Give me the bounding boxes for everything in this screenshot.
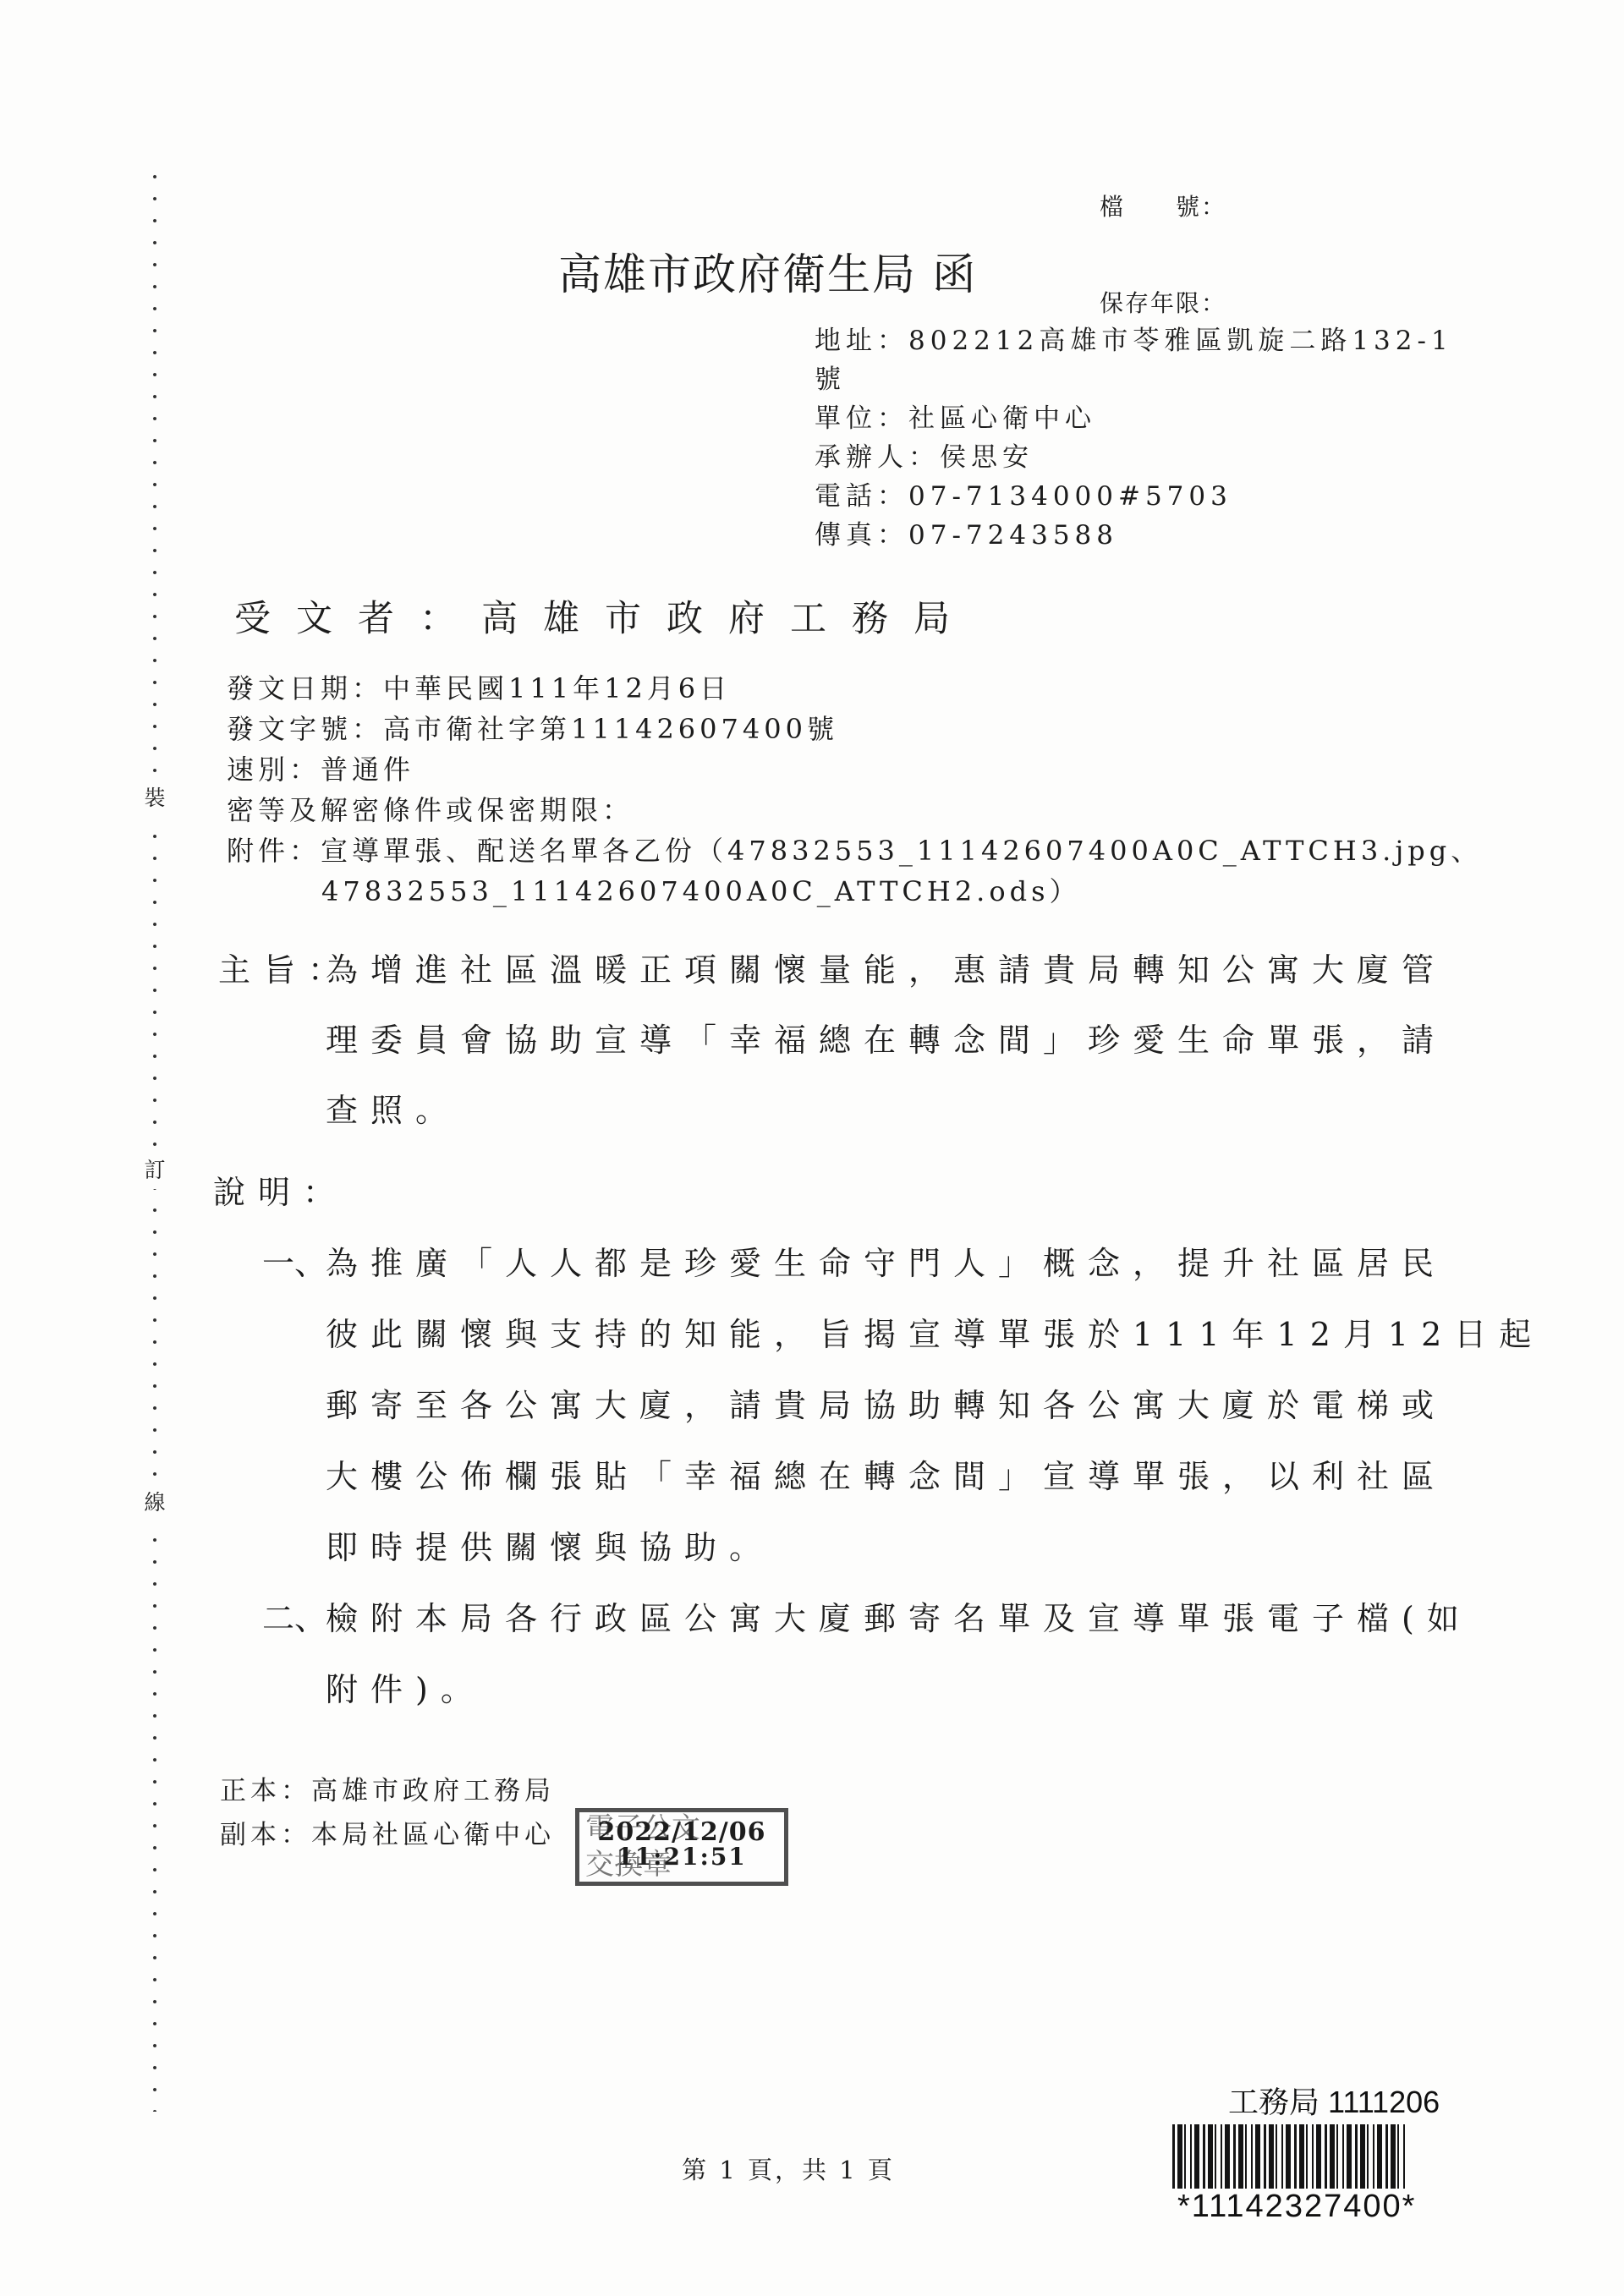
page-number: 第 1 頁，共 1 頁	[592, 2151, 985, 2186]
item-number: 二、	[262, 1583, 326, 1654]
barcode-agency-label: 工務局 1111206	[1228, 2079, 1440, 2122]
file-no-label: 檔 號：	[1100, 191, 1226, 223]
carbon-copy-line: 副本：本局社區心衛中心	[220, 1813, 555, 1857]
sender-address-line1: 地址：802212高雄市苓雅區凱旋二路132-1	[815, 321, 1453, 360]
subject-label: 主旨：	[218, 935, 353, 1006]
item-number: 一、	[262, 1228, 326, 1299]
explanation-line: 大樓公佈欄張貼「幸福總在轉念間」宣導單張，以利社區	[326, 1441, 1544, 1512]
retention-label: 保存年限：	[1100, 288, 1226, 320]
sender-contact-person: 承辦人：侯思安	[815, 438, 1453, 477]
subject-content: 為增進社區溫暖正項關懷量能，惠請貴局轉知公寓大廈管 理委員會協助宣導「幸福總在轉…	[326, 935, 1446, 1146]
barcode-value: *11142327400*	[1177, 2189, 1416, 2225]
sender-address-line2: 號	[815, 360, 1453, 399]
binding-mark-zhuang: 裝	[140, 780, 169, 817]
original-copy-line: 正本：高雄市政府工務局	[220, 1769, 555, 1813]
document-meta-block: 發文日期：中華民國111年12月6日 發文字號：高市衛社字第1114260740…	[227, 668, 1482, 912]
explanation-label: 說明：	[213, 1157, 1544, 1228]
item-content: 為推廣「人人都是珍愛生命守門人」概念，提升社區居民 彼此關懷與支持的知能，旨揭宣…	[326, 1228, 1544, 1583]
explanation-line: 即時提供關懷與協助。	[326, 1512, 1544, 1583]
explanation-line: 檢附本局各行政區公寓大廈郵寄名單及宣導單張電子檔(如	[326, 1583, 1544, 1654]
binding-dotted-line	[152, 173, 157, 2112]
item-content: 檢附本局各行政區公寓大廈郵寄名單及宣導單張電子檔(如 附件)。	[326, 1583, 1544, 1725]
explanation-line: 為推廣「人人都是珍愛生命守門人」概念，提升社區居民	[326, 1228, 1544, 1299]
subject-section: 主旨： 為增進社區溫暖正項關懷量能，惠請貴局轉知公寓大廈管 理委員會協助宣導「幸…	[218, 935, 1446, 1146]
issue-date: 發文日期：中華民國111年12月6日	[227, 668, 1482, 709]
scanned-official-letter: 裝 訂 線 檔 號： 保存年限： 高雄市政府衛生局 函 地址：802212高雄市…	[0, 0, 1624, 2296]
explanation-section: 說明： 一、 為推廣「人人都是珍愛生命守門人」概念，提升社區居民 彼此關懷與支持…	[213, 1157, 1544, 1725]
explanation-line: 附件)。	[326, 1654, 1544, 1725]
attachment-line2: 47832553_11142607400A0C_ATTCH2.ods）	[227, 871, 1482, 912]
copies-block: 正本：高雄市政府工務局 副本：本局社區心衛中心	[220, 1769, 555, 1857]
stamp-time: 11:21:51	[617, 1843, 747, 1871]
sender-unit: 單位：社區心衛中心	[815, 399, 1453, 438]
explanation-item-2: 二、 檢附本局各行政區公寓大廈郵寄名單及宣導單張電子檔(如 附件)。	[262, 1583, 1544, 1725]
subject-line: 理委員會協助宣導「幸福總在轉念間」珍愛生命單張，請	[326, 1006, 1446, 1076]
recipient-line: 受文者：高雄市政府工務局	[234, 590, 975, 642]
issue-number: 發文字號：高市衛社字第11142607400號	[227, 709, 1482, 749]
barcode-image	[1172, 2124, 1407, 2189]
subject-line: 為增進社區溫暖正項關懷量能，惠請貴局轉知公寓大廈管	[326, 935, 1446, 1006]
attachment-line1: 附件：宣導單張、配送名單各乙份（47832553_11142607400A0C_…	[227, 830, 1482, 871]
security-class: 密等及解密條件或保密期限：	[227, 790, 1482, 830]
speed-class: 速別：普通件	[227, 749, 1482, 790]
explanation-line: 郵寄至各公寓大廈，請貴局協助轉知各公寓大廈於電梯或	[326, 1370, 1544, 1441]
binding-mark-xian: 線	[140, 1484, 169, 1521]
explanation-line: 彼此關懷與支持的知能，旨揭宣導單張於111年12月12日起	[326, 1299, 1544, 1370]
binding-mark-ding: 訂	[140, 1152, 169, 1189]
sender-contact-block: 地址：802212高雄市苓雅區凱旋二路132-1 號 單位：社區心衛中心 承辦人…	[815, 321, 1453, 555]
subject-line: 查照。	[326, 1076, 1446, 1146]
explanation-item-1: 一、 為推廣「人人都是珍愛生命守門人」概念，提升社區居民 彼此關懷與支持的知能，…	[262, 1228, 1544, 1583]
document-title: 高雄市政府衛生局 函	[558, 239, 977, 302]
sender-phone: 電話：07-7134000#5703	[815, 477, 1453, 516]
sender-fax: 傳真：07-7243588	[815, 516, 1453, 555]
electronic-exchange-stamp: 電子公文 交換章 2022/12/06 11:21:51	[575, 1808, 788, 1886]
